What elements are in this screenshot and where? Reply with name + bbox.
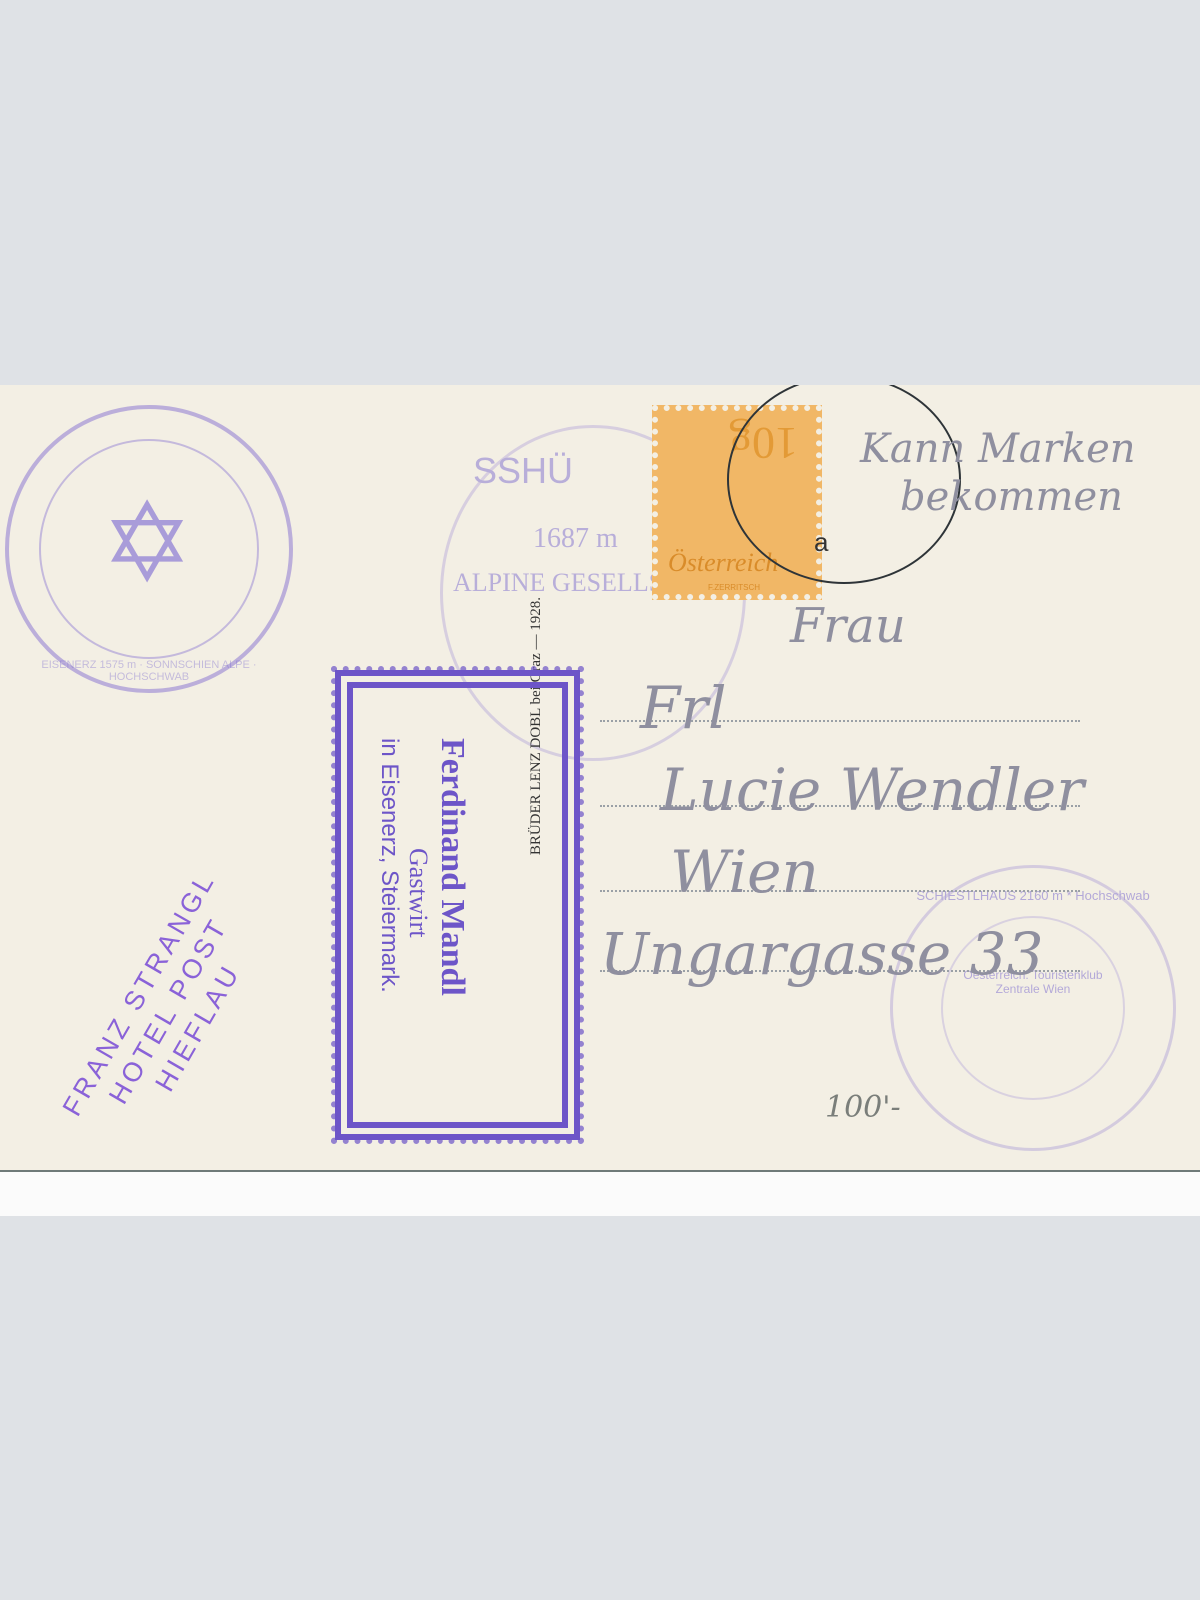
postcard: ✡ EISENERZ 1575 m · SONNSCHIEN ALPE · HO… [0, 385, 1200, 1172]
price-note: 100'- [825, 1090, 901, 1125]
address-salutation: Frau [640, 585, 1084, 667]
alpine-stamp-line3: ALPINE GESELLS [453, 568, 663, 598]
note-line-1: Kann Marken [860, 425, 1136, 473]
address-title: Frl [640, 667, 1084, 749]
stamp-location: in Eisenerz, Steiermark. [375, 738, 403, 996]
stamp-title: Gastwirt [403, 738, 433, 996]
address-city: Wien [640, 831, 1084, 913]
ferdinand-mandl-stamp: Ferdinand Mandl Gastwirt in Eisenerz, St… [335, 670, 580, 1140]
scan-margin [0, 1172, 1200, 1216]
alpine-stamp-line1: SSHÜ [473, 450, 573, 492]
eisenerz-round-stamp: ✡ EISENERZ 1575 m · SONNSCHIEN ALPE · HO… [5, 405, 293, 693]
address-name: Lucie Wendler [640, 749, 1084, 831]
postmark-letter: a [814, 527, 828, 558]
star-emblem-icon: ✡ [101, 479, 193, 607]
alpine-stamp-line2: 1687 m [533, 523, 618, 555]
address-street: Ungargasse 33 [600, 913, 1084, 995]
note-line-2: bekommen [860, 473, 1136, 521]
handwriting-top-right: Kann Marken bekommen [860, 425, 1136, 521]
stamp-name: Ferdinand Mandl [433, 738, 471, 996]
hotel-post-stamp: FRANZ STRANGL HOTEL POST HIEFLAU [55, 865, 282, 1156]
handwritten-address: Frau Frl Lucie Wendler Wien Ungargasse 3… [640, 585, 1084, 995]
eisenerz-stamp-text: EISENERZ 1575 m · SONNSCHIEN ALPE · HOCH… [19, 659, 279, 683]
